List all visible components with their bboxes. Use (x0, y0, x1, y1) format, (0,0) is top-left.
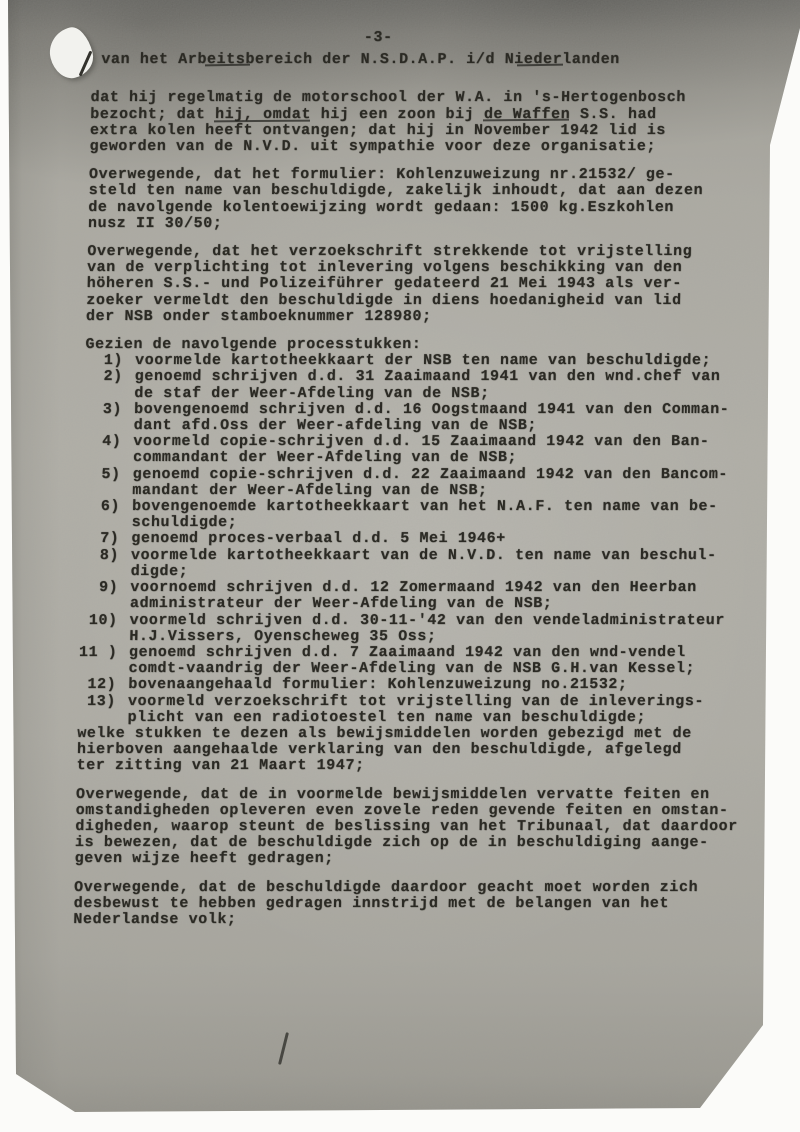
process-list-item: 12)bovenaangehaald formulier: Kohlenzuwe… (78, 677, 768, 693)
scan-background: -3- van het Arbeitsbereich der N.S.D.A.P… (0, 0, 800, 1132)
item-number: 11 ) (78, 645, 117, 677)
document-page: -3- van het Arbeitsbereich der N.S.D.A.P… (0, 0, 800, 1132)
item-number: 7) (81, 531, 119, 547)
page-number: -3- (92, 30, 782, 46)
process-list-item: 10)voormeld schrijven d.d. 30-11-'42 van… (79, 613, 770, 645)
document-heading: van het Arbeitsbereich der N.S.D.A.P. i/… (101, 52, 781, 68)
item-number: 2) (84, 369, 123, 401)
item-text: voormeld verzoekschrift tot vrijstelling… (127, 694, 704, 726)
item-text: voornoemd schrijven d.d. 12 Zomermaand 1… (130, 580, 697, 612)
process-list-item: 11 )genoemd schrijven d.d. 7 Zaaimaand 1… (78, 645, 769, 677)
item-number: 10) (79, 613, 118, 645)
item-number: 3) (84, 402, 123, 434)
process-list-item: 4)voormeld copie-schrijven d.d. 15 Zaaim… (83, 434, 774, 466)
list-closing: welke stukken te dezen als bewijsmiddele… (76, 726, 767, 775)
process-list-item: 2)genoemd schrijven d.d. 31 Zaaimaand 19… (84, 369, 775, 401)
item-number: 9) (80, 580, 119, 612)
process-list-item: 9)voornoemd schrijven d.d. 12 Zomermaand… (80, 580, 771, 612)
item-text: voormelde kartotheekkaart van de N.V.D. … (130, 548, 716, 580)
item-number: 13) (77, 694, 116, 726)
pen-stroke-mark (278, 1032, 289, 1065)
item-number: 8) (80, 548, 119, 580)
paragraph-bewijsmiddelen: Overwegende, dat de in voormelde bewijsm… (74, 787, 766, 868)
process-list-item: 5)genoemd copie-schrijven d.d. 22 Zaaima… (82, 467, 773, 499)
process-list: 1)voormelde kartotheekkaart der NSB ten … (77, 353, 775, 726)
item-text: genoemd schrijven d.d. 7 Zaaimaand 1942 … (128, 645, 695, 677)
paragraph-membership: dat hij regelmatig de motorschool der W.… (89, 90, 780, 155)
item-text: bovenaangehaald formulier: Kohlenzuweizu… (128, 677, 628, 693)
process-list-item: 13)voormeld verzoekschrift tot vrijstell… (77, 694, 768, 726)
item-number: 4) (83, 434, 122, 466)
process-list-item: 8)voormelde kartotheekkaart van de N.V.D… (80, 548, 771, 580)
item-text: bovengenoemde kartotheekkaart van het N.… (131, 499, 717, 531)
process-list-item: 6)bovengenoemde kartotheekkaart van het … (81, 499, 772, 531)
process-list-intro: Gezien de navolgende processtukken: (85, 337, 775, 353)
item-text: voormeld schrijven d.d. 30-11-'42 van de… (129, 613, 725, 645)
paragraph-conclusion: Overwegende, dat de beschuldigde daardoo… (73, 880, 764, 929)
paragraph-verzoekschrift: Overwegende, dat het verzoekschrift stre… (86, 244, 778, 325)
process-list-item: 7)genoemd proces-verbaal d.d. 5 Mei 1946… (81, 531, 771, 547)
item-text: bovengenoemd schrijven d.d. 16 Oogstmaan… (134, 402, 730, 434)
process-list-item: 3)bovengenoemd schrijven d.d. 16 Oogstma… (84, 402, 775, 434)
item-number: 6) (81, 499, 120, 531)
item-text: genoemd copie-schrijven d.d. 22 Zaaimaan… (132, 467, 728, 499)
item-text: genoemd proces-verbaal d.d. 5 Mei 1946+ (131, 531, 506, 547)
document-text: -3- van het Arbeitsbereich der N.S.D.A.P… (73, 30, 782, 928)
paragraph-kohlenzuweizung: Overwegende, dat het formulier: Kohlenzu… (88, 167, 779, 232)
item-text: voormeld copie-schrijven d.d. 15 Zaaimaa… (133, 434, 710, 466)
item-text: genoemd schrijven d.d. 31 Zaaimaand 1941… (134, 369, 720, 401)
item-number: 5) (82, 467, 121, 499)
item-number: 12) (78, 677, 116, 693)
